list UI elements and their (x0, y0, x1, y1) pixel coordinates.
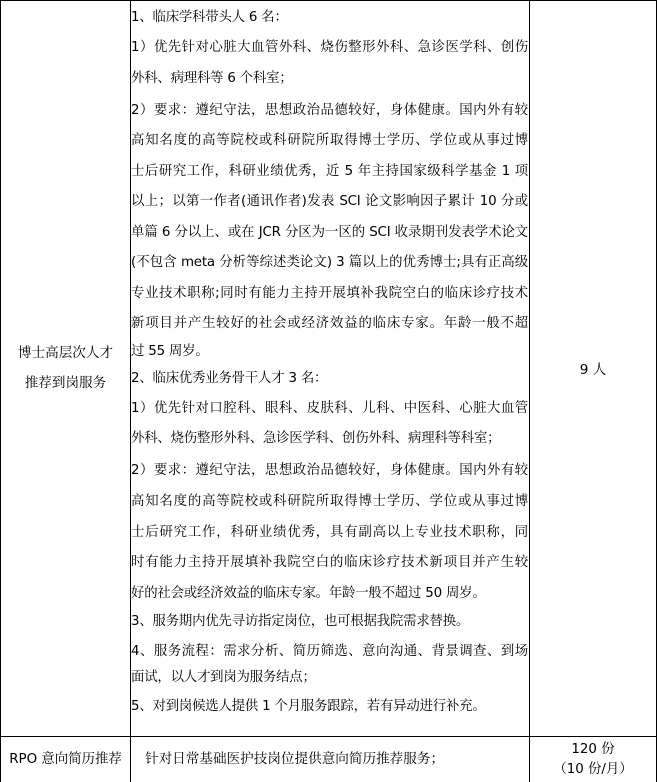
description-line: 时有能力主持开展填补我院空白的临床诊疗技术新项目并产生较 (131, 547, 528, 578)
category-cell: RPO 意向简历推荐 (1, 737, 130, 782)
description-line: 高知名度的高等院校或科研院所取得博士学历、学位或从事过博 (131, 125, 528, 156)
description-line: 新项目并产生较好的社会或经济效益的临床专家。年龄一般不超 (131, 308, 528, 339)
description-line: 1）优先针对心脏大血管外科、烧伤整形外科、急诊医学科、创伤 (131, 32, 528, 63)
quantity-line: （10 份/月） (530, 760, 656, 780)
description-line: 高知名度的高等院校或科研院所取得博士学历、学位或从事过博 (131, 486, 528, 517)
description-line: 以上；以第一作者(通讯作者)发表 SCI 论文影响因子累计 10 分或 (131, 186, 528, 217)
description-line: 外科、病理科等 6 个科室； (131, 63, 528, 94)
description-cell: 针对日常基础医护技岗位提供意向简历推荐服务； (145, 737, 444, 782)
description-line: 单篇 6 分以上、或在 JCR 分区为一区的 SCI 收录期刊发表学术论文 (131, 217, 528, 248)
description-line: (不包含 meta 分析等综述类论文) 3 篇以上的优秀博士;具有正高级 (131, 247, 528, 278)
table-border-top (0, 0, 657, 1)
column-divider-2 (529, 0, 530, 782)
service-table: 博士高层次人才 推荐到岗服务 1、临床学科带头人 6 名： 1）优先针对心脏大血… (0, 0, 657, 782)
category-line: 推荐到岗服务 (1, 368, 130, 398)
description-line: 2）要求：遵纪守法，思想政治品德较好，身体健康。国内外有较 (131, 455, 528, 486)
description-line: 2、临床优秀业务骨干人才 3 名： (131, 363, 528, 394)
quantity-line: 120 份 (530, 740, 656, 760)
quantity-cell: 9 人 (530, 358, 656, 378)
description-line: 3、服务期内优先寻访指定岗位，也可根据我院需求替换。 (131, 606, 528, 637)
description-line: 专业技术职称;同时有能力主持开展填补我院空白的临床诊疗技术 (131, 278, 528, 309)
category-cell: 博士高层次人才 推荐到岗服务 (1, 338, 130, 398)
description-line: 面试，以人才到岗为服务结点； (131, 662, 528, 693)
description-line: 1）优先针对口腔科、眼科、皮肤科、儿科、中医科、心脏大血管 (131, 393, 528, 424)
description-line: 士后研究工作，科研业绩优秀，具有副高以上专业技术职称，同 (131, 517, 528, 548)
description-line: 5、对到岗候选人提供 1 个月服务跟踪，若有异动进行补充。 (131, 691, 528, 722)
quantity-cell: 120 份 （10 份/月） (530, 740, 656, 780)
description-line: 外科、烧伤整形外科、急诊医学科、创伤外科、病理科等科室； (131, 423, 528, 454)
description-line: 1、临床学科带头人 6 名： (131, 2, 528, 33)
category-line: 博士高层次人才 (1, 338, 130, 368)
description-line: 好的社会或经济效益的临床专家。年龄一般不超过 50 周岁。 (131, 578, 528, 609)
description-line: 2）要求：遵纪守法，思想政治品德较好，身体健康。国内外有较 (131, 95, 528, 126)
description-line: 士后研究工作，科研业绩优秀，近 5 年主持国家级科学基金 1 项 (131, 156, 528, 187)
